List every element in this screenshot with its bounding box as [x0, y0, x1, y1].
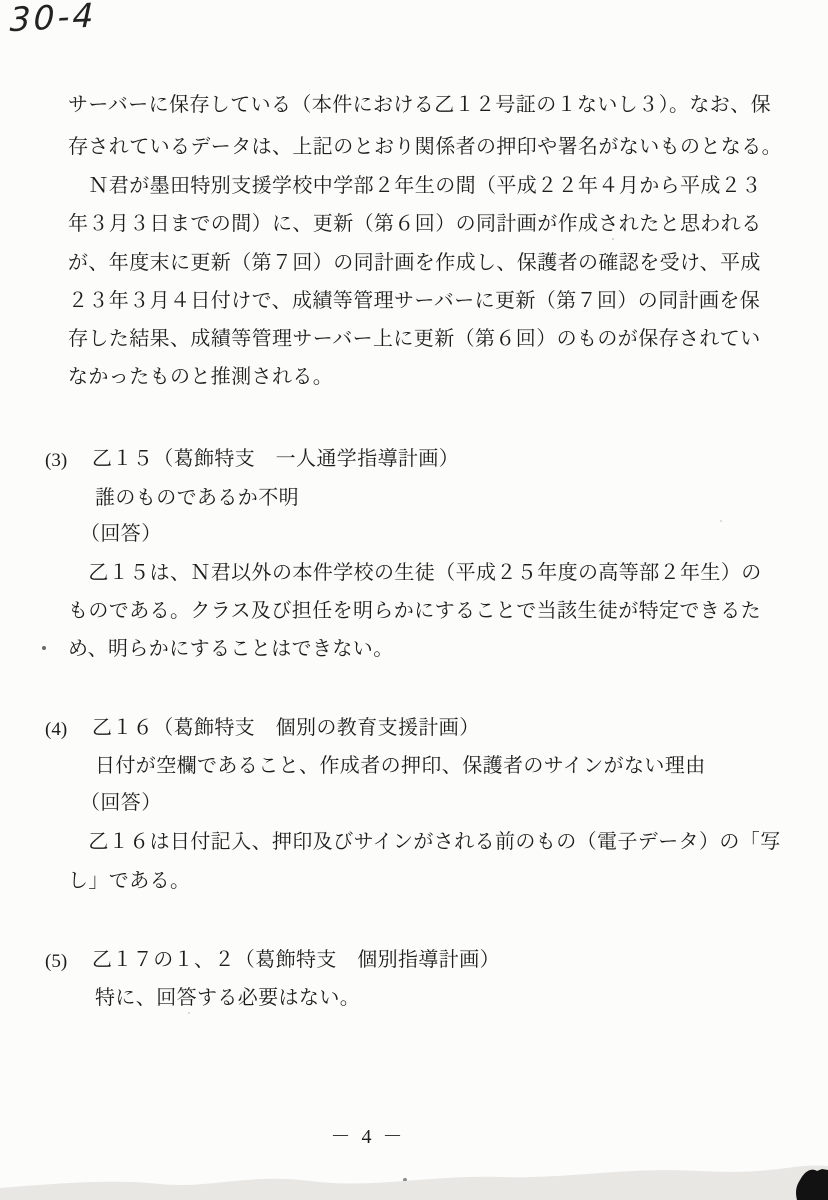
scan-speck	[42, 646, 46, 650]
question-line: 日付が空欄であること、作成者の押印、保護者のサインがない理由	[95, 753, 706, 780]
section-title: 乙１６（葛飾特支 個別の教育支援計画）	[92, 715, 480, 742]
answer-line: め、明らかにすることはできない。	[68, 636, 394, 663]
body-line: 存されているデータは、上記のとおり関係者の押印や署名がないものとなる。	[68, 134, 782, 161]
body-line: 存した結果、成績等管理サーバー上に更新（第６回）のものが保存されてい	[68, 326, 761, 353]
answer-line: 乙１５は、Ｎ君以外の本件学校の生徒（平成２５年度の高等部２年生）の	[68, 560, 762, 587]
body-line: 年３月３日までの間）に、更新（第６回）の同計画が作成されたと思われる	[68, 211, 762, 238]
section-title: 乙１７の１、２（葛飾特支 個別指導計画）	[92, 947, 500, 974]
scan-speck	[612, 238, 614, 240]
scan-corner-blob	[796, 1169, 828, 1200]
body-line: サーバーに保存している（本件における乙１２号証の１ないし３）。なお、保	[68, 92, 771, 119]
answer-line: し」である。	[68, 868, 190, 895]
body-line: なかったものと推測される。	[68, 364, 333, 391]
section-number: (5)	[45, 948, 67, 975]
answer-label: （回答）	[80, 521, 162, 548]
page-number: － 4 －	[298, 1120, 438, 1149]
scan-speck	[720, 520, 722, 522]
body-line: が、年度末に更新（第７回）の同計画を作成し、保護者の確認を受け、平成	[68, 250, 761, 277]
section-number: (3)	[45, 447, 67, 474]
answer-line: 乙１６は日付記入、押印及びサインがされる前のもの（電子データ）の「写	[68, 829, 781, 856]
answer-line: ものである。クラス及び担任を明らかにすることで当該生徒が特定できるた	[68, 598, 761, 625]
body-line: Ｎ君が墨田特別支援学校中学部２年生の間（平成２２年４月から平成２３	[68, 173, 762, 200]
scan-speck	[403, 1178, 407, 1182]
answer-label: （回答）	[80, 790, 162, 817]
scan-edge-band	[0, 1166, 828, 1200]
section-title: 乙１５（葛飾特支 一人通学指導計画）	[92, 446, 459, 473]
question-line: 誰のものであるか不明	[95, 485, 299, 512]
scan-speck	[188, 1012, 190, 1014]
body-line: ２３年３月４日付けで、成績等管理サーバーに更新（第７回）の同計画を保	[68, 288, 760, 315]
scanned-document-page: 30-4 サーバーに保存している（本件における乙１２号証の１ないし３）。なお、保…	[0, 0, 828, 1200]
section-number: (4)	[45, 716, 67, 743]
question-line: 特に、回答する必要はない。	[95, 985, 360, 1012]
handwritten-page-label: 30-4	[9, 0, 96, 39]
